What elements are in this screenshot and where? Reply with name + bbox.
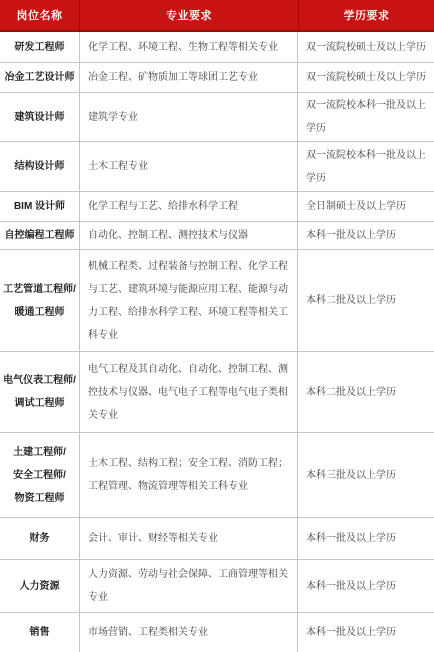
major-cell: 市场营销、工程类相关专业 [79, 613, 298, 652]
position-cell: 冶金工艺设计师 [0, 63, 79, 92]
position-cell: 自控编程工程师 [0, 222, 79, 249]
table-row: 财务 会计、审计、财经等相关专业 本科一批及以上学历 [0, 518, 434, 560]
education-cell: 本科一批及以上学历 [298, 222, 434, 249]
table-row: 销售 市场营销、工程类相关专业 本科一批及以上学历 [0, 613, 434, 652]
education-cell: 本科三批及以上学历 [298, 433, 434, 517]
table-header-row: 岗位名称 专业要求 学历要求 [0, 0, 434, 32]
position-cell: 建筑设计师 [0, 93, 79, 141]
table-row: 电气仪表工程师/ 调试工程师 电气工程及其自动化、自动化、控制工程、测 控技术与… [0, 352, 434, 433]
major-cell: 机械工程类、过程装备与控制工程、化学工程 与工艺、建筑环境与能源应用工程、能源与… [79, 250, 298, 351]
education-cell: 本科二批及以上学历 [298, 250, 434, 351]
position-cell: 电气仪表工程师/ 调试工程师 [0, 352, 79, 432]
major-cell: 冶金工程、矿物质加工等球团工艺专业 [79, 63, 298, 92]
major-cell: 电气工程及其自动化、自动化、控制工程、测 控技术与仪器、电气电子工程等电气电子类… [79, 352, 298, 432]
position-cell: BIM 设计师 [0, 192, 79, 221]
recruitment-table: 岗位名称 专业要求 学历要求 研发工程师 化学工程、环境工程、生物工程等相关专业… [0, 0, 434, 652]
education-cell: 本科一批及以上学历 [298, 613, 434, 652]
header-cell-education: 学历要求 [298, 0, 434, 30]
position-cell: 土建工程师/ 安全工程师/ 物资工程师 [0, 433, 79, 517]
position-cell: 结构设计师 [0, 142, 79, 191]
table-body: 研发工程师 化学工程、环境工程、生物工程等相关专业 双一流院校硕士及以上学历 冶… [0, 32, 434, 652]
major-cell: 自动化、控制工程、测控技术与仪器 [79, 222, 298, 249]
position-cell: 销售 [0, 613, 79, 652]
education-cell: 双一流院校硕士及以上学历 [298, 63, 434, 92]
table-row: 研发工程师 化学工程、环境工程、生物工程等相关专业 双一流院校硕士及以上学历 [0, 32, 434, 63]
major-cell: 建筑学专业 [79, 93, 298, 141]
major-cell: 化学工程与工艺、给排水科学工程 [79, 192, 298, 221]
table-row: 工艺管道工程师/ 暖通工程师 机械工程类、过程装备与控制工程、化学工程 与工艺、… [0, 250, 434, 352]
table-row: 自控编程工程师 自动化、控制工程、测控技术与仪器 本科一批及以上学历 [0, 222, 434, 250]
education-cell: 本科一批及以上学历 [298, 518, 434, 559]
education-cell: 本科一批及以上学历 [298, 560, 434, 612]
table-row: 土建工程师/ 安全工程师/ 物资工程师 土木工程、结构工程；安全工程、消防工程；… [0, 433, 434, 518]
table-row: 人力资源 人力资源、劳动与社会保障、工商管理等相关 专业 本科一批及以上学历 [0, 560, 434, 613]
education-cell: 双一流院校硕士及以上学历 [298, 32, 434, 62]
position-cell: 研发工程师 [0, 32, 79, 62]
major-cell: 土木工程专业 [79, 142, 298, 191]
position-cell: 财务 [0, 518, 79, 559]
position-cell: 人力资源 [0, 560, 79, 612]
major-cell: 会计、审计、财经等相关专业 [79, 518, 298, 559]
major-cell: 土木工程、结构工程；安全工程、消防工程； 工程管理、物流管理等相关工科专业 [79, 433, 298, 517]
education-cell: 全日制硕士及以上学历 [298, 192, 434, 221]
education-cell: 双一流院校本科一批及以上 学历 [298, 142, 434, 191]
education-cell: 双一流院校本科一批及以上 学历 [298, 93, 434, 141]
table-row: 结构设计师 土木工程专业 双一流院校本科一批及以上 学历 [0, 142, 434, 192]
header-cell-position: 岗位名称 [0, 0, 79, 30]
header-cell-major: 专业要求 [79, 0, 298, 30]
major-cell: 人力资源、劳动与社会保障、工商管理等相关 专业 [79, 560, 298, 612]
major-cell: 化学工程、环境工程、生物工程等相关专业 [79, 32, 298, 62]
education-cell: 本科二批及以上学历 [298, 352, 434, 432]
table-row: BIM 设计师 化学工程与工艺、给排水科学工程 全日制硕士及以上学历 [0, 192, 434, 222]
table-row: 建筑设计师 建筑学专业 双一流院校本科一批及以上 学历 [0, 93, 434, 142]
position-cell: 工艺管道工程师/ 暖通工程师 [0, 250, 79, 351]
table-row: 冶金工艺设计师 冶金工程、矿物质加工等球团工艺专业 双一流院校硕士及以上学历 [0, 63, 434, 93]
